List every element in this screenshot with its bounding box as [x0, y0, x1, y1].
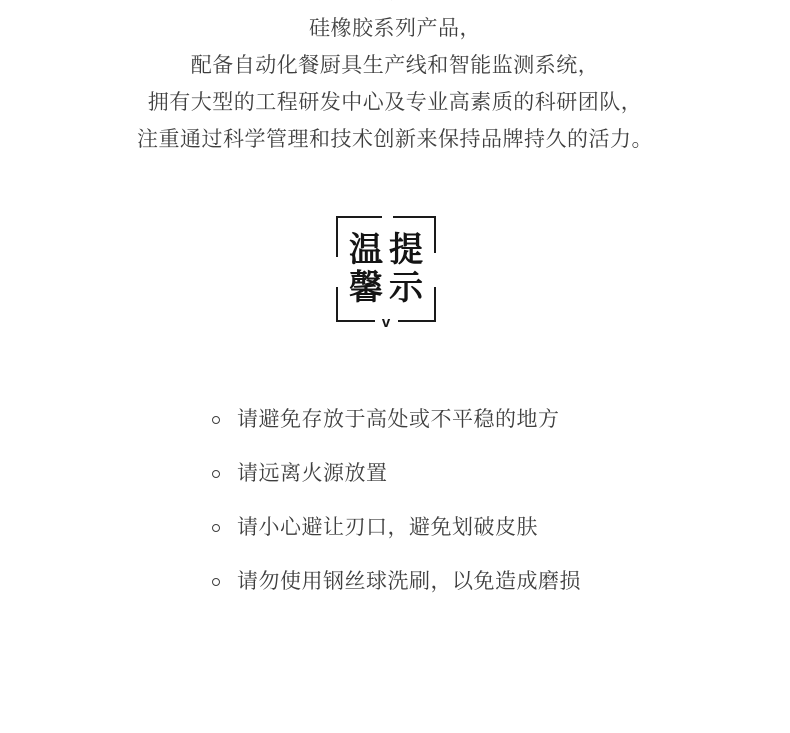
tips-title-char: 提 [389, 233, 423, 267]
bullet-circle-icon [212, 416, 220, 424]
bullet-circle-icon [212, 578, 220, 586]
company-intro-line-clipped: 主要生产不锈钢餐厨具、尼龙厨具、 [0, 0, 790, 10]
company-intro-line: 拥有大型的工程研发中心及专业高素质的科研团队， [0, 84, 790, 121]
company-intro-line: 配备自动化餐厨具生产线和智能监测系统， [0, 47, 790, 84]
tips-list: 请避免存放于高处或不平稳的地方 请远离火源放置 请小心避让刃口，避免划破皮肤 请… [212, 409, 581, 625]
tips-title-char: 温 [349, 233, 383, 267]
tip-text: 请远离火源放置 [237, 463, 388, 484]
tips-title-char: 馨 [349, 271, 383, 305]
bullet-circle-icon [212, 524, 220, 532]
chevron-down-icon: v [382, 315, 390, 330]
tip-text: 请勿使用钢丝球洗刷，以免造成磨损 [237, 571, 581, 592]
list-item: 请勿使用钢丝球洗刷，以免造成磨损 [212, 571, 581, 592]
product-description-page: 主要生产不锈钢餐厨具、尼龙厨具、 硅橡胶系列产品， 配备自动化餐厨具生产线和智能… [0, 0, 790, 733]
bullet-circle-icon [212, 470, 220, 478]
list-item: 请避免存放于高处或不平稳的地方 [212, 409, 581, 430]
tips-title-char: 示 [389, 271, 423, 305]
list-item: 请远离火源放置 [212, 463, 581, 484]
tips-title-box: 温 提 馨 示 v [336, 216, 436, 322]
company-intro: 主要生产不锈钢餐厨具、尼龙厨具、 硅橡胶系列产品， 配备自动化餐厨具生产线和智能… [0, 0, 790, 158]
tip-text: 请避免存放于高处或不平稳的地方 [237, 409, 560, 430]
list-item: 请小心避让刃口，避免划破皮肤 [212, 517, 581, 538]
company-intro-line: 注重通过科学管理和技术创新来保持品牌持久的活力。 [0, 121, 790, 158]
tips-title: 温 提 馨 示 [336, 216, 436, 322]
tip-text: 请小心避让刃口，避免划破皮肤 [237, 517, 538, 538]
company-intro-line: 硅橡胶系列产品， [0, 10, 790, 47]
